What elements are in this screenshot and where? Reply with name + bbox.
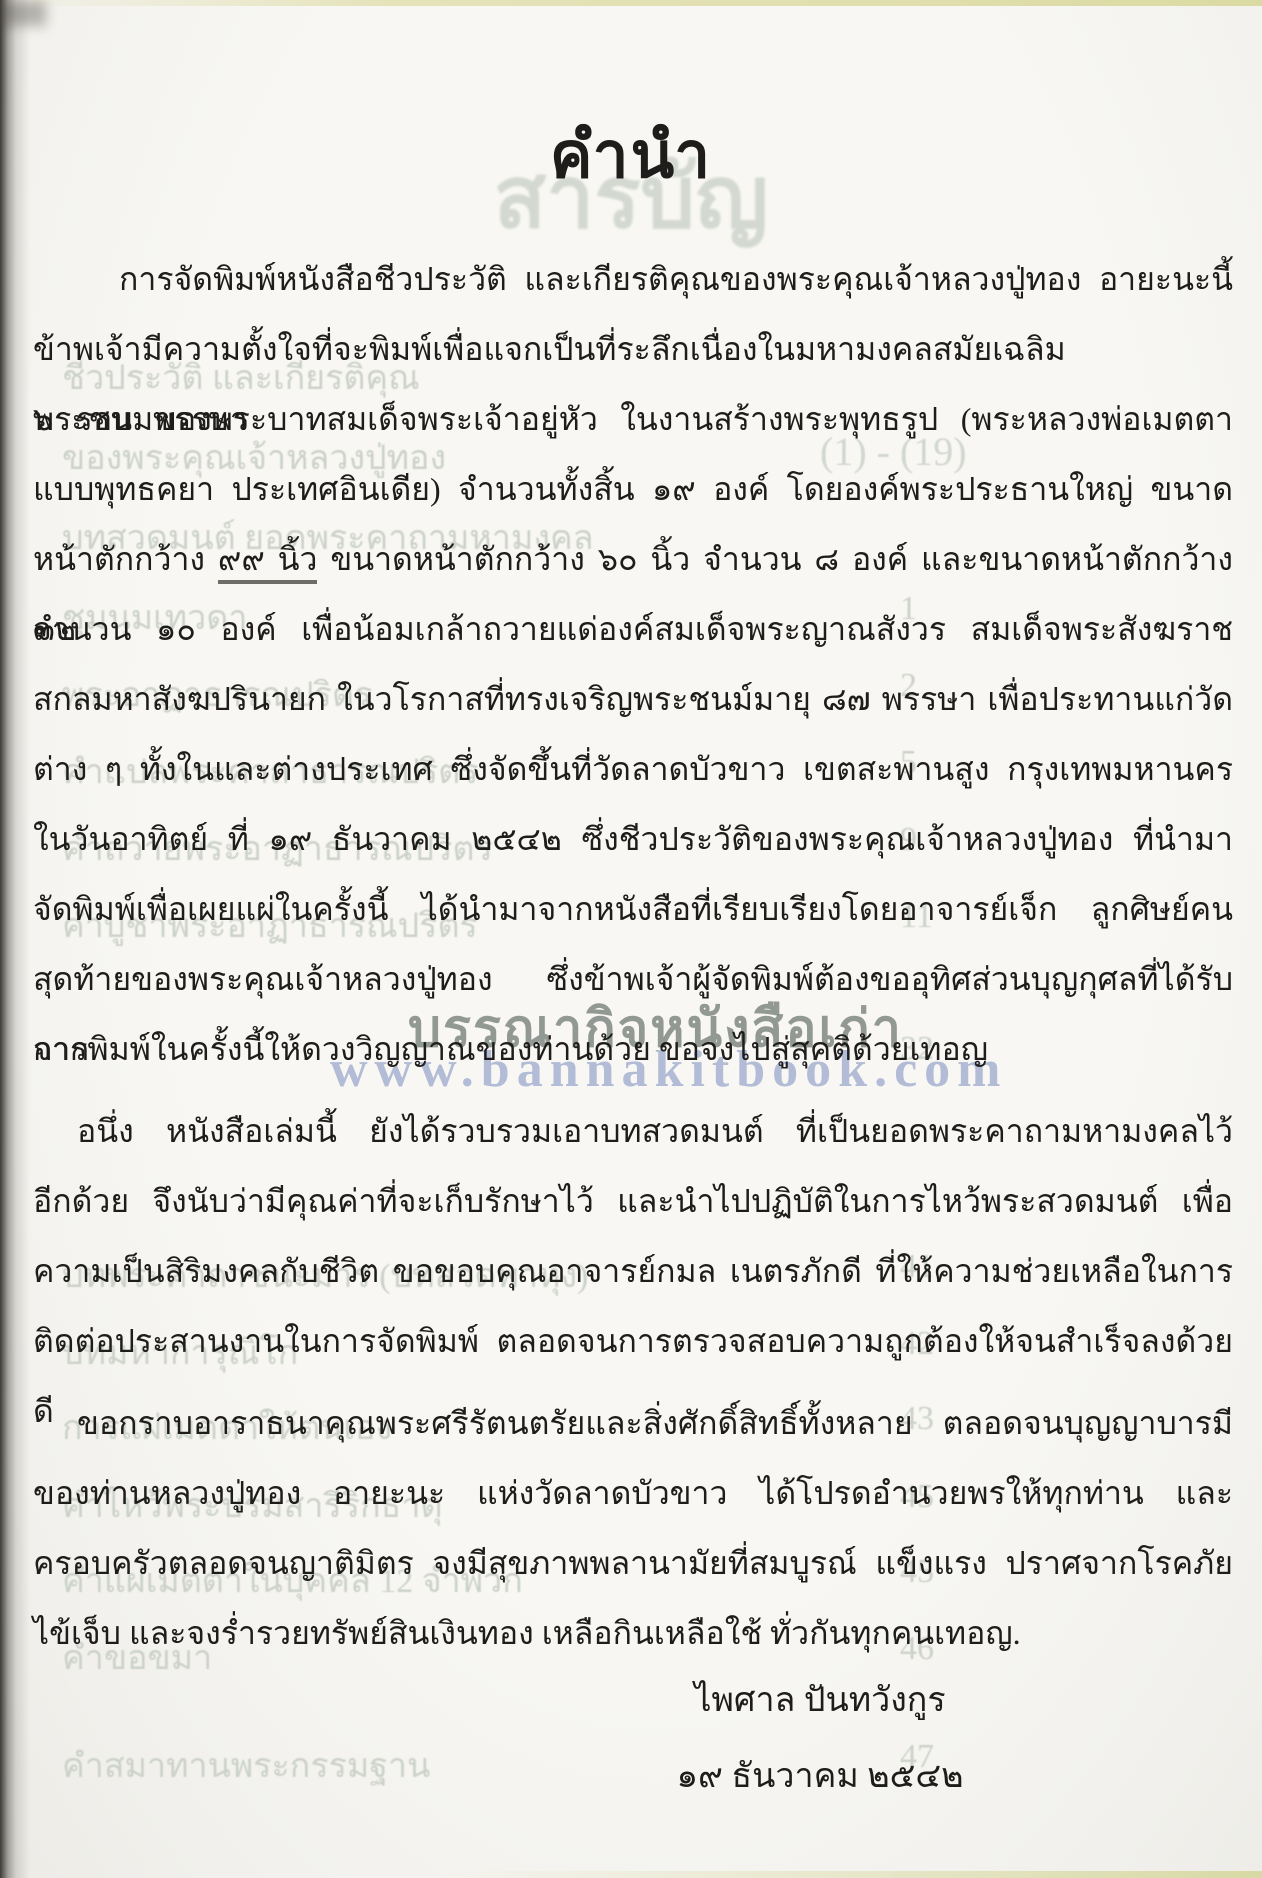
body-line: ครอบครัวตลอดจนญาติมิตร จงมีสุขภาพพลานามั…	[33, 1528, 1233, 1598]
body-line: ข้าพเจ้ามีความตั้งใจที่จะพิมพ์เพื่อแจกเป…	[33, 314, 1233, 384]
body-line: ของท่านหลวงปู่ทอง อายะนะ แห่งวัดลาดบัวขา…	[33, 1458, 1233, 1528]
underlined-measurement: ๙๙ นิ้ว	[218, 541, 318, 584]
author-signature: ไพศาล ปันทวังกูร	[620, 1672, 1020, 1726]
body-line: สกลมหาสังฆปรินายก ในวโรกาสที่ทรงเจริญพระ…	[33, 664, 1233, 734]
body-line: แบบพุทธคยา ประเทศอินเดีย) จำนวนทั้งสิ้น …	[33, 454, 1233, 524]
body-line: การพิมพ์ในครั้งนี้ให้ดวงวิญญาณของท่านด้ว…	[33, 1014, 1233, 1084]
body-line: จัดพิมพ์เพื่อเผยแผ่ในครั้งนี้ ได้นำมาจาก…	[33, 874, 1233, 944]
body-line: การจัดพิมพ์หนังสือชีวประวัติ และเกียรติค…	[33, 244, 1233, 314]
paragraph-2: อนึ่ง หนังสือเล่มนี้ ยังได้รวบรวมเอาบทสว…	[33, 1096, 1233, 1376]
body-line: อนึ่ง หนังสือเล่มนี้ ยังได้รวบรวมเอาบทสว…	[33, 1096, 1233, 1166]
line-segment: หน้าตักกว้าง	[33, 541, 218, 577]
page-title: คำนำ	[0, 104, 1262, 206]
body-line: อีกด้วย จึงนับว่ามีคุณค่าที่จะเก็บรักษาไ…	[33, 1166, 1233, 1236]
body-line: ในวันอาทิตย์ ที่ ๑๙ ธันวาคม ๒๕๔๒ ซึ่งชีว…	[33, 804, 1233, 874]
body-line-with-underline: หน้าตักกว้าง ๙๙ นิ้ว ขนาดหน้าตักกว้าง ๖๐…	[33, 524, 1233, 594]
body-line: สุดท้ายของพระคุณเจ้าหลวงปู่ทอง ซึ่งข้าพเ…	[33, 944, 1233, 1014]
body-line: ขอกราบอาราธนาคุณพระศรีรัตนตรัยและสิ่งศัก…	[33, 1388, 1233, 1458]
body-line: ความเป็นสิริมงคลกับชีวิต ขอขอบคุณอาจารย์…	[33, 1236, 1233, 1306]
paragraph-3: ขอกราบอาราธนาคุณพระศรีรัตนตรัยและสิ่งศัก…	[33, 1388, 1233, 1668]
body-line: ไข้เจ็บ และจงร่ำรวยทรัพย์สินเงินทอง เหลื…	[33, 1598, 1233, 1668]
page-content: คำนำ การจัดพิมพ์หนังสือชีวประวัติ และเกี…	[0, 0, 1262, 1878]
body-line: จำนวน ๑๐ องค์ เพื่อน้อมเกล้าถวายแด่องค์ส…	[33, 594, 1233, 664]
paragraph-1: การจัดพิมพ์หนังสือชีวประวัติ และเกียรติค…	[33, 244, 1233, 1084]
body-line: ต่าง ๆ ทั้งในและต่างประเทศ ซึ่งจัดขึ้นที…	[33, 734, 1233, 804]
scanned-book-page: สารบัญ (1) - (19) ชีวประวัติ และเกียรติค…	[0, 0, 1262, 1878]
body-line: ๖ รอบ ของพระบาทสมเด็จพระเจ้าอยู่หัว ในงา…	[33, 384, 1233, 454]
body-line: ติดต่อประสานงานในการจัดพิมพ์ ตลอดจนการตร…	[33, 1306, 1233, 1376]
signature-date: ๑๙ ธันวาคม ๒๕๔๒	[620, 1748, 1020, 1802]
